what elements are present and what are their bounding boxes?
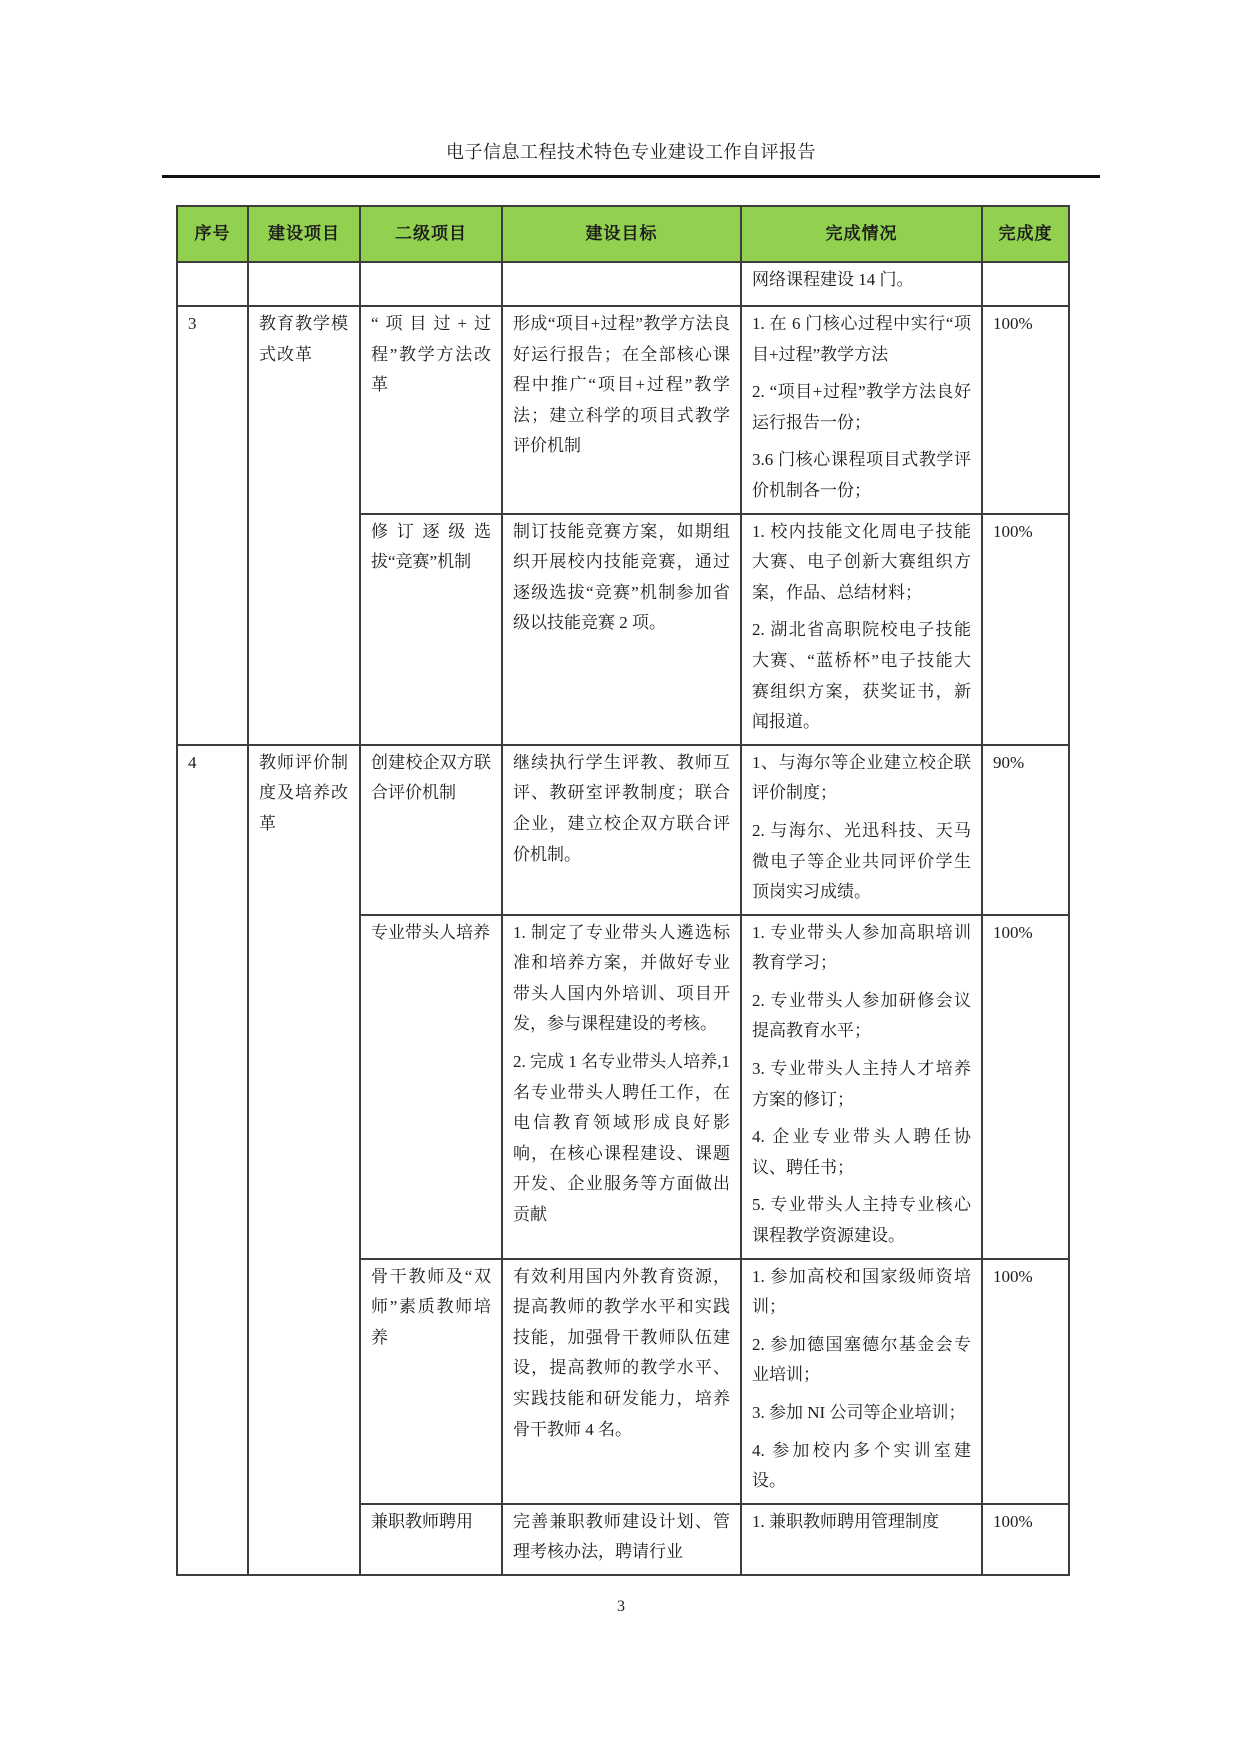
table-row: 3 教育教学模式改革 “项目过+过程”教学方法改革 形成“项目+过程”教学方法良… [177,306,1069,514]
cell-status: 1. 校内技能文化周电子技能大赛、电子创新大赛组织方案，作品、总结材料；2. 湖… [741,514,982,745]
cell-status: 1. 在 6 门核心过程中实行“项目+过程”教学方法2. “项目+过程”教学方法… [741,306,982,514]
cell-sub-project: 修订逐级选拔“竞赛”机制 [360,514,502,745]
cell-status: 网络课程建设 14 门。 [741,262,982,306]
cell-sub-project: 兼职教师聘用 [360,1504,502,1575]
evaluation-table: 序号 建设项目 二级项目 建设目标 完成情况 完成度 网络课程建设 14 门。 … [176,205,1070,1576]
table-row-continuation: 网络课程建设 14 门。 [177,262,1069,306]
page-header: 电子信息工程技术特色专业建设工作自评报告 [162,138,1100,178]
cell-completion: 100% [982,514,1069,745]
cell-completion: 100% [982,306,1069,514]
cell-status: 1. 兼职教师聘用管理制度 [741,1504,982,1575]
cell-completion: 100% [982,1259,1069,1504]
cell-status: 1. 参加高校和国家级师资培训；2. 参加德国塞德尔基金会专业培训；3. 参加 … [741,1259,982,1504]
column-header-status: 完成情况 [741,206,982,262]
cell-sub-project: 骨干教师及“双师”素质教师培养 [360,1259,502,1504]
cell-status: 1. 专业带头人参加高职培训教育学习；2. 专业带头人参加研修会议提高教育水平；… [741,915,982,1259]
cell-completion: 100% [982,1504,1069,1575]
cell-project: 教育教学模式改革 [248,306,360,745]
cell-completion: 100% [982,915,1069,1259]
cell-goal: 制订技能竞赛方案，如期组织开展校内技能竞赛，通过逐级选拔“竞赛”机制参加省级以技… [502,514,741,745]
cell-sub-project [360,262,502,306]
cell-project [248,262,360,306]
cell-goal: 完善兼职教师建设计划、管理考核办法，聘请行业 [502,1504,741,1575]
table-header-row: 序号 建设项目 二级项目 建设目标 完成情况 完成度 [177,206,1069,262]
cell-sub-project: “项目过+过程”教学方法改革 [360,306,502,514]
cell-project: 教师评价制度及培养改革 [248,745,360,1575]
column-header-seq: 序号 [177,206,248,262]
column-header-goal: 建设目标 [502,206,741,262]
cell-status: 1、与海尔等企业建立校企联评价制度；2. 与海尔、光迅科技、天马微电子等企业共同… [741,745,982,915]
document-title: 电子信息工程技术特色专业建设工作自评报告 [162,138,1100,164]
column-header-completion: 完成度 [982,206,1069,262]
column-header-project: 建设项目 [248,206,360,262]
cell-goal: 形成“项目+过程”教学方法良好运行报告；在全部核心课程中推广“项目+过程”教学法… [502,306,741,514]
cell-completion [982,262,1069,306]
page-number: 3 [0,1598,1242,1616]
report-page: 电子信息工程技术特色专业建设工作自评报告 序号 建设项目 二级项目 建设目标 完… [0,0,1242,1755]
cell-goal: 继续执行学生评教、教师互评、教研室评教制度；联合企业，建立校企双方联合评价机制。 [502,745,741,915]
cell-goal: 有效利用国内外教育资源，提高教师的教学水平和实践技能，加强骨干教师队伍建设，提高… [502,1259,741,1504]
cell-goal: 1. 制定了专业带头人遴选标准和培养方案，并做好专业带头人国内外培训、项目开发，… [502,915,741,1259]
cell-sub-project: 专业带头人培养 [360,915,502,1259]
cell-seq: 3 [177,306,248,745]
table-row: 4 教师评价制度及培养改革 创建校企双方联合评价机制 继续执行学生评教、教师互评… [177,745,1069,915]
cell-sub-project: 创建校企双方联合评价机制 [360,745,502,915]
cell-seq [177,262,248,306]
cell-completion: 90% [982,745,1069,915]
column-header-sub-project: 二级项目 [360,206,502,262]
cell-seq: 4 [177,745,248,1575]
cell-goal [502,262,741,306]
